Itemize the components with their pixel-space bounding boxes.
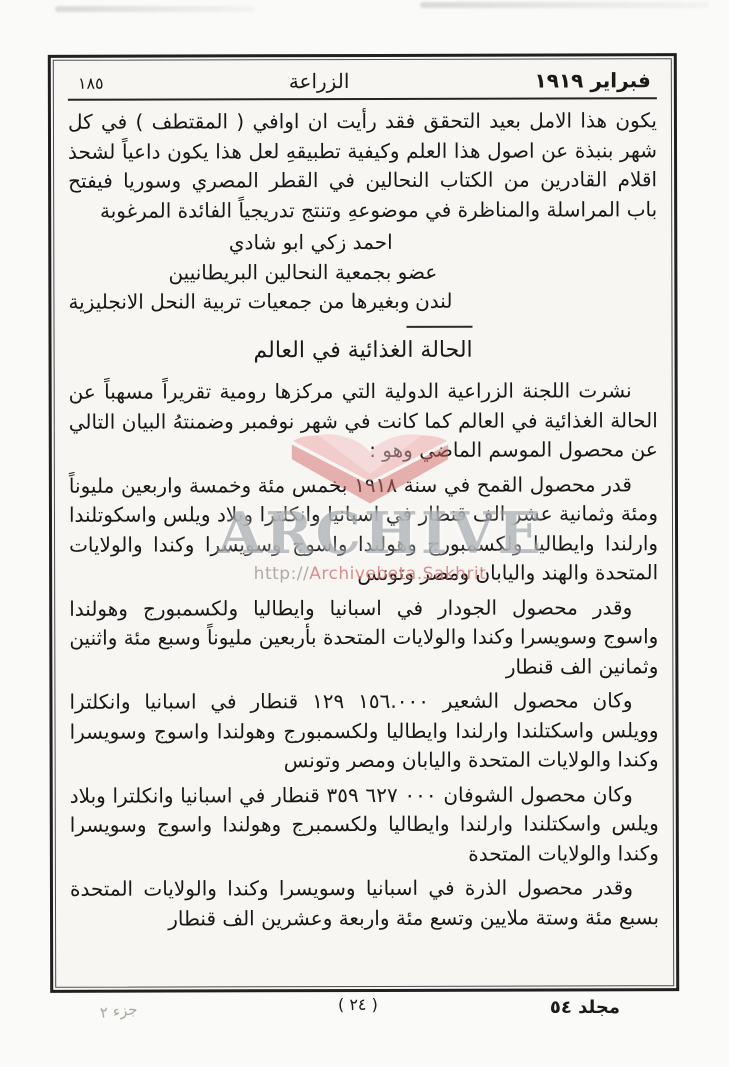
article-paragraph-wheat: قدر محصول القمح في سنة ١٩١٨ بخمس مئة وخم… xyxy=(69,470,658,590)
article-paragraph-oats: وكان محصول الشوفان ٣٥٩ ٦٢٧ ٠٠٠ قنطار في … xyxy=(70,780,659,870)
signature-city: لندن xyxy=(415,287,452,317)
scanned-page: { "header": { "date": "فبراير ١٩١٩", "jo… xyxy=(0,0,729,1067)
scan-streak xyxy=(55,6,255,12)
intro-paragraph: يكون هذا الامل بعيد التحقق فقد رأيت ان ا… xyxy=(68,106,657,226)
signature-affiliation-row: لندن وبغيرها من جمعيات تربية النحل الانج… xyxy=(68,286,657,317)
page-number: ١٨٥ xyxy=(78,74,104,93)
page-frame: فبراير ١٩١٩ الزراعة ١٨٥ يكون هذا الامل ب… xyxy=(48,53,679,993)
signature-name: احمد زكي ابو شادي xyxy=(68,227,657,258)
article-title: الحالة الغذائية في العالم xyxy=(69,335,658,366)
article-paragraph-rye: وقدر محصول الجودار في اسبانيا وايطاليا و… xyxy=(69,593,658,683)
signature-affiliation: وبغيرها من جمعيات تربية النحل الانجليزية xyxy=(68,287,409,317)
footer-part-label: جزء ٢ xyxy=(99,1000,138,1022)
article-paragraph-corn: وقدر محصول الذرة في اسبانيا وسويسرا وكند… xyxy=(70,873,659,934)
scan-streak xyxy=(420,2,710,8)
article-paragraph-barley: وكان محصول الشعير ١٢٩ ١٥٦.٠٠٠ قنطار في ا… xyxy=(69,686,658,776)
footer-volume-label: مجلد ٥٤ xyxy=(550,997,620,1018)
footer-page-number: ( ٢٤ ) xyxy=(338,995,378,1014)
signature-role: عضو بجمعية النحالين البريطانيين xyxy=(68,257,657,288)
page-body: يكون هذا الامل بعيد التحقق فقد رأيت ان ا… xyxy=(68,99,659,934)
page-header: فبراير ١٩١٩ الزراعة ١٨٥ xyxy=(68,59,657,101)
article-paragraph-lead: نشرت اللجنة الزراعية الدولية التي مركزها… xyxy=(69,376,658,466)
journal-title: الزراعة xyxy=(289,69,350,93)
page-frame-inner: فبراير ١٩١٩ الزراعة ١٨٥ يكون هذا الامل ب… xyxy=(53,58,674,988)
section-divider xyxy=(406,325,472,327)
issue-date: فبراير ١٩١٩ xyxy=(534,68,650,92)
